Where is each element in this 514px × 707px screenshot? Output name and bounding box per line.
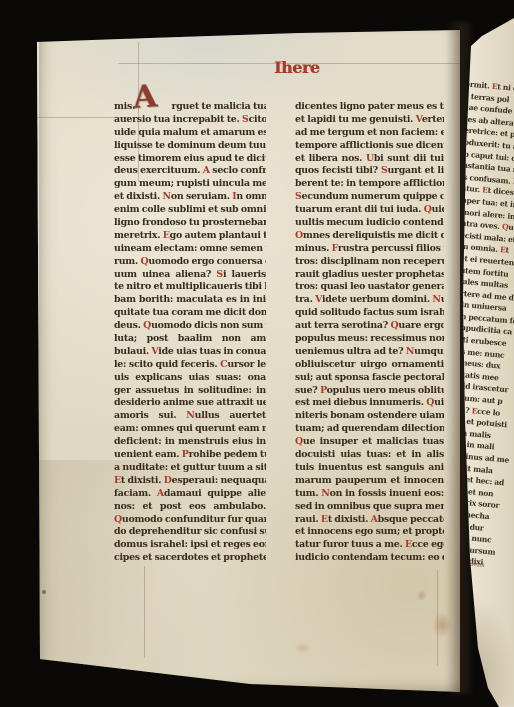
manuscript-text-line: liquisse te dominum deum tuum; et non <box>114 140 266 153</box>
manuscript-text-line: iudicio contendam tecum: eo quod dix <box>295 552 444 565</box>
manuscript-text-line: uis explicans uias suas: ona <box>114 372 266 385</box>
manuscript-text-line: nos: et post eos ambulabo. <box>114 501 266 514</box>
stain <box>42 590 46 594</box>
manuscript-text-line: meretrix. Ego autem plantaui te <box>114 230 266 243</box>
manuscript-text-line: amoris sui. Nullus auertet <box>114 410 266 423</box>
manuscript-photo: Ihere A mis. rguet te malicia tua: etaue… <box>0 0 514 707</box>
manuscript-text-line: et lapidi tu me genuisti. Verterunt <box>295 114 444 127</box>
manuscript-text-line: mis. rguet te malicia tua: et <box>114 101 266 114</box>
manuscript-text-line: deus exercituum. A seclo confregisti iu <box>114 165 266 178</box>
manuscript-text-line: Quomodo confunditur fur quan <box>114 514 266 527</box>
manuscript-text-line: et dixisti. Non seruiam. In omni <box>114 191 266 204</box>
manuscript-text-line: cipes et sacerdotes et prophete eorum: <box>114 552 266 565</box>
manuscript-text-line: bulaui. Vide uias tuas in conual <box>114 346 266 359</box>
manuscript-text-line: Secundum numerum quippe ciuitatum <box>295 191 444 204</box>
manuscript-text-line: auersio tua increpabit te. Scito et <box>114 114 266 127</box>
manuscript-text-line: uenient eam. Prohibe pedem tuum <box>114 449 266 462</box>
manuscript-text-line: est mei diebus innumeris. Quid <box>295 397 444 410</box>
manuscript-text-line: ad me tergum et non faciem: et in <box>295 127 444 140</box>
manuscript-text-line: sui; aut sponsa fascie pectoralis <box>295 372 444 385</box>
manuscript-text-line: tra. Videte uerbum domini. Num <box>295 294 444 307</box>
manuscript-text-line: uultis mecum iudicio contendere? <box>295 217 444 230</box>
text-column-left: mis. rguet te malicia tua: etauersio tua… <box>114 101 266 565</box>
manuscript-text-line: sed in omnibus que supra memo <box>295 501 444 514</box>
manuscript-text-line: docuisti uias tuas: et in alis <box>295 449 444 462</box>
manuscript-text-line: tros: disciplinam non receperunt. Deuo <box>295 256 444 269</box>
manuscript-text-line: obliuiscetur uirgo ornamenti <box>295 359 444 372</box>
manuscript-text-line: rum. Quomodo ergo conuersa es i pra <box>114 256 266 269</box>
manuscript-text-line: eam: omnes qui querunt eam non <box>114 423 266 436</box>
manuscript-text-line: domus israhel: ipsi et reges eorum et pr… <box>114 539 266 552</box>
manuscript-text-line: deus. Quomodo dicis non sum pol <box>114 320 266 333</box>
manuscript-text-line: deficient: in menstruis eius in <box>114 436 266 449</box>
stain <box>294 642 312 654</box>
manuscript-text-line: bam borith: maculata es in ini <box>114 294 266 307</box>
manuscript-text-line: ueniemus ultra ad te? Numquid <box>295 346 444 359</box>
manuscript-left-page: Ihere A mis. rguet te malicia tua: etaue… <box>36 30 460 692</box>
manuscript-text-line: Omnes dereliquistis me dicit do <box>295 230 444 243</box>
manuscript-text-line: minus. Frustra percussi filios ues <box>295 243 444 256</box>
stain <box>376 528 384 536</box>
manuscript-text-line: esse timorem eius apud te dicit dominus <box>114 153 266 166</box>
manuscript-text-line: tempore afflictionis sue dicent. Surge <box>295 140 444 153</box>
manuscript-text-line: niteris bonam ostendere uiam <box>295 410 444 423</box>
manuscript-text-line: ligno frondoso tu prosternebaris <box>114 217 266 230</box>
manuscript-text-line: Et dixisti. Desperaui: nequaquam <box>114 475 266 488</box>
manuscript-text-line: quos fecisti tibi? Surgant et li <box>295 165 444 178</box>
manuscript-text-line: gum meum; rupisti uincula mea <box>114 178 266 191</box>
manuscript-text-line: uum uinea aliena? Si laueris <box>114 269 266 282</box>
manuscript-text-line: desiderio anime sue attraxit uentum <box>114 397 266 410</box>
manuscript-text-line: sue? Populus uero meus oblitus <box>295 385 444 398</box>
manuscript-text-line: enim colle sublimi et sub omni <box>114 204 266 217</box>
manuscript-text-line: marum pauperum et innocen <box>295 475 444 488</box>
manuscript-text-line: uide quia malum et amarum est te <box>114 127 266 140</box>
manuscript-text-line: do deprehenditur sic confusi sunt <box>114 526 266 539</box>
manuscript-text-line: a nuditate: et guttur tuum a siti. <box>114 462 266 475</box>
stain <box>416 590 427 601</box>
manuscript-text-line: luta; post baalim non am <box>114 333 266 346</box>
manuscript-text-line: tum. Non in fossis inueni eos: <box>295 488 444 501</box>
manuscript-text-line: raui. Et dixisti. Absque peccato <box>295 514 444 527</box>
manuscript-text-line: et innocens ego sum; et propterea auer <box>295 526 444 539</box>
manuscript-text-line: ger assuetus in solitudine: in <box>114 385 266 398</box>
manuscript-text-line: tros: quasi leo uastator generatio ues <box>295 281 444 294</box>
manuscript-text-line: uineam electam: omne semen ue <box>114 243 266 256</box>
manuscript-text-line: Que insuper et malicias tuas <box>295 436 444 449</box>
manuscript-text-line: rauit gladius uester prophetas ues <box>295 269 444 282</box>
manuscript-text-line: quid solitudo factus sum israheli: <box>295 307 444 320</box>
running-header: Ihere <box>274 58 319 77</box>
ruling-line <box>144 566 145 658</box>
manuscript-text-line: dicentes ligno pater meus es tu: <box>295 101 444 114</box>
manuscript-text-line: et libera nos. Ubi sunt dii tui <box>295 153 444 166</box>
manuscript-text-line: tuarum erant dii tui iuda. Quid <box>295 204 444 217</box>
manuscript-text-line: tatur furor tuus a me. Ecce ego <box>295 539 444 552</box>
manuscript-text-line: tuis inuentus est sanguis ani <box>295 462 444 475</box>
manuscript-text-line: te nitro et multiplicaueris tibi her <box>114 281 266 294</box>
manuscript-text-line: populus meus: recessimus non <box>295 333 444 346</box>
manuscript-text-line: quitate tua coram me dicit domini <box>114 307 266 320</box>
manuscript-text-line: aut terra serotina? Quare ergo dixit <box>295 320 444 333</box>
manuscript-text-line: le: scito quid feceris. Cursor le <box>114 359 266 372</box>
manuscript-text-line: tuam; ad querendam dilectionem? <box>295 423 444 436</box>
manuscript-text-line: berent te: in tempore afflictionis tue. <box>295 178 444 191</box>
manuscript-text-line: faciam. Adamaui quippe alie <box>114 488 266 501</box>
text-column-right: dicentes ligno pater meus es tu:et lapid… <box>295 101 444 565</box>
